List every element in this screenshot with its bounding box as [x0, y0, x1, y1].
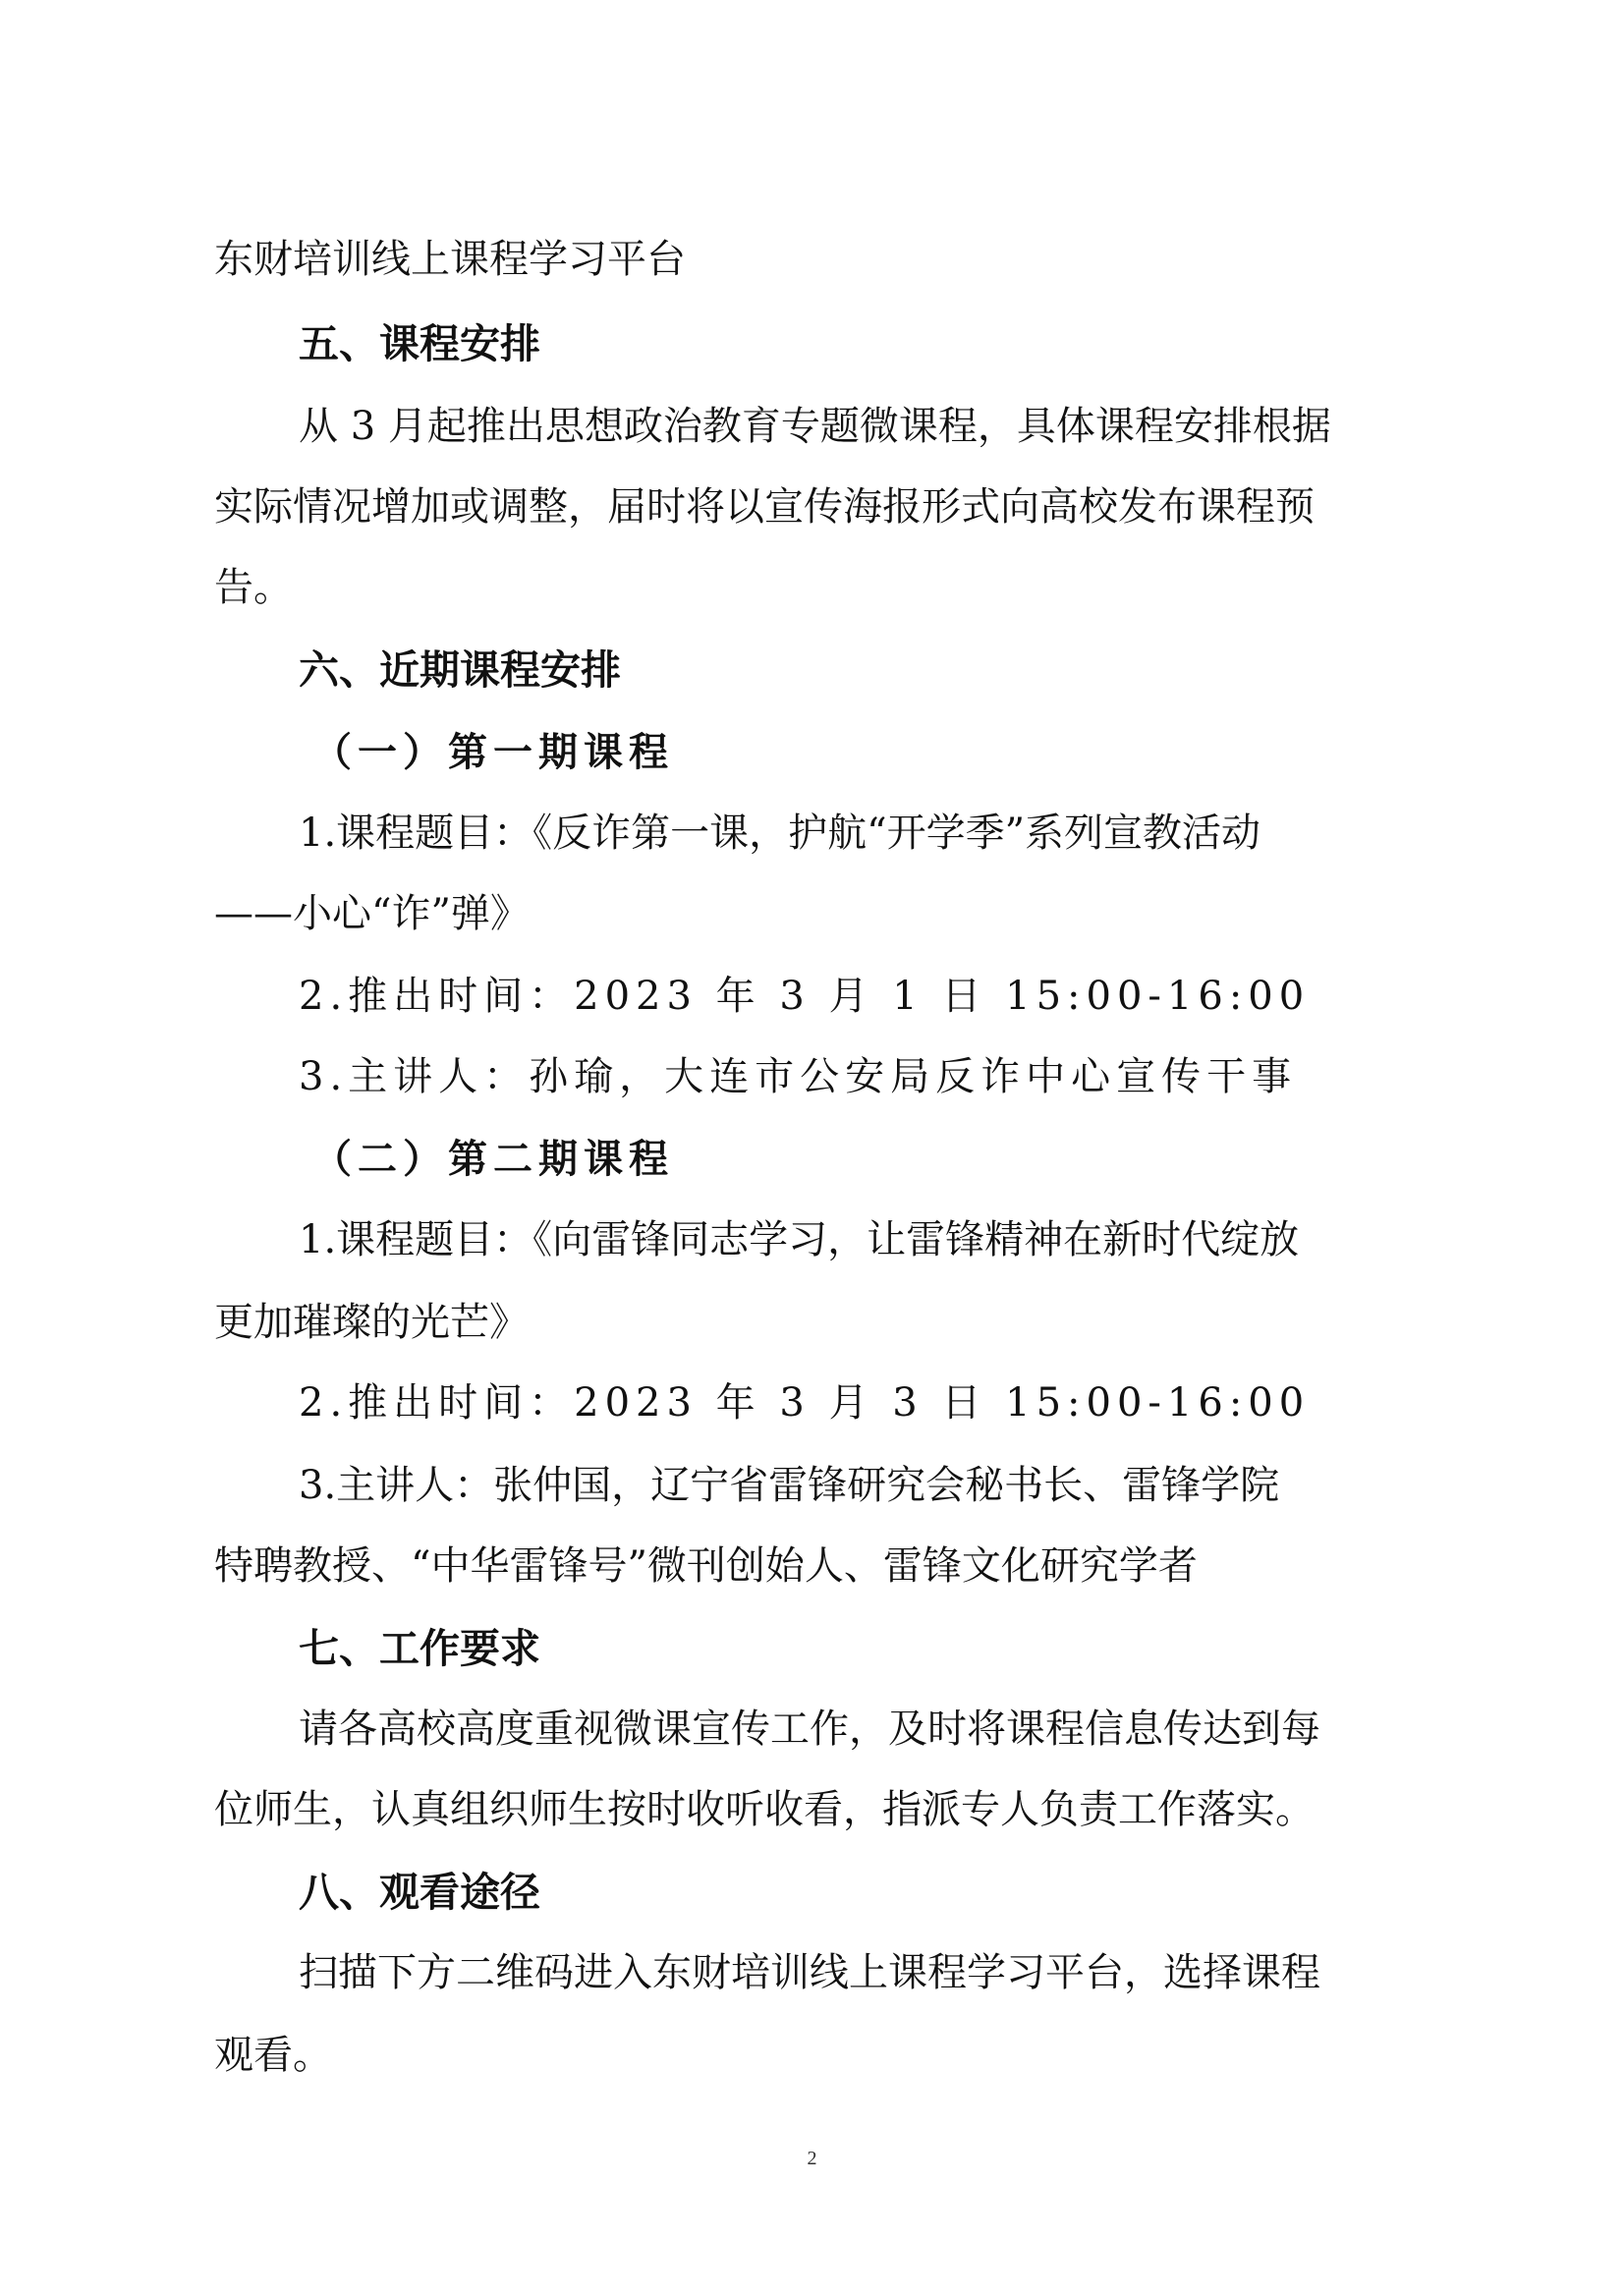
course-2-title: 1.课程题目：《向雷锋同志学习，让雷锋精神在新时代绽放 [299, 1216, 1299, 1263]
paragraph-line: 实际情况增加或调整，届时将以宣传海报形式向高校发布课程预 [214, 483, 1315, 531]
paragraph-line: 告。 [214, 564, 293, 611]
document-page: 东财培训线上课程学习平台 五、课程安排 从 3 月起推出思想政治教育专题微课程，… [0, 0, 1624, 2295]
course-2-title-cont: 更加璀璨的光芒》 [214, 1299, 529, 1346]
course-2-speaker: 3.主讲人：张仲国，辽宁省雷锋研究会秘书长、雷锋学院 [299, 1462, 1279, 1509]
paragraph-line: 扫描下方二维码进入东财培训线上课程学习平台，选择课程 [299, 1949, 1320, 1996]
paragraph-line: 位师生，认真组织师生按时收听收看，指派专人负责工作落实。 [214, 1786, 1315, 1833]
course-1-title: 1.课程题目：《反诈第一课，护航“开学季”系列宣教活动 [299, 810, 1260, 857]
subsection-heading-2: （二）第二期课程 [312, 1136, 674, 1183]
section-heading-5: 五、课程安排 [299, 320, 540, 367]
course-1-time: 2.推出时间：2023 年 3 月 1 日 15:00-16:00 [299, 973, 1310, 1020]
course-2-time: 2.推出时间：2023 年 3 月 3 日 15:00-16:00 [299, 1379, 1310, 1427]
course-1-speaker: 3.主讲人：孙瑜，大连市公安局反诈中心宣传干事 [299, 1053, 1297, 1100]
section-heading-6: 六、近期课程安排 [299, 646, 621, 694]
course-2-speaker-cont: 特聘教授、“中华雷锋号”微刊创始人、雷锋文化研究学者 [214, 1542, 1198, 1590]
paragraph-continuation: 东财培训线上课程学习平台 [214, 236, 686, 283]
section-heading-8: 八、观看途径 [299, 1869, 540, 1916]
paragraph-line: 请各高校高度重视微课宣传工作，及时将课程信息传达到每 [299, 1706, 1320, 1753]
course-1-title-cont: ——小心“诈”弹》 [214, 890, 530, 937]
paragraph-line: 从 3 月起推出思想政治教育专题微课程，具体课程安排根据 [299, 403, 1331, 450]
page-number: 2 [0, 2148, 1624, 2170]
paragraph-line: 观看。 [214, 2032, 332, 2079]
section-heading-7: 七、工作要求 [299, 1625, 540, 1672]
subsection-heading-1: （一）第一期课程 [312, 729, 674, 776]
